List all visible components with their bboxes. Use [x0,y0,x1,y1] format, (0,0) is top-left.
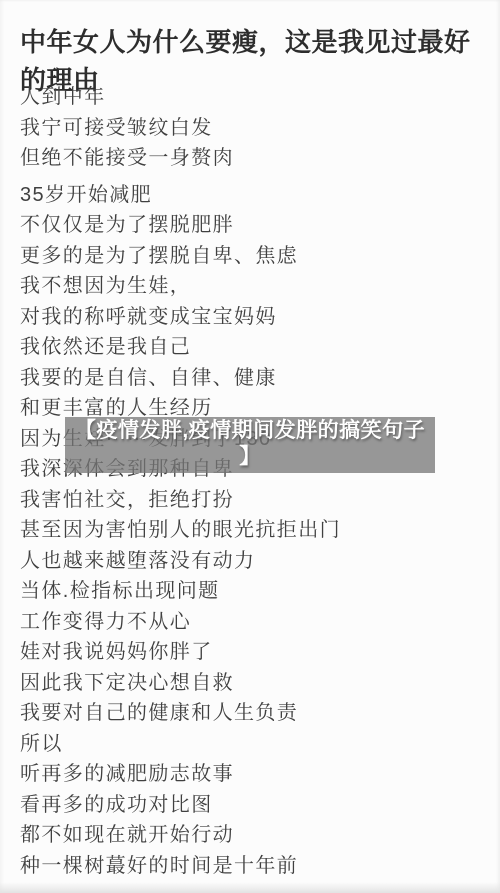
text-line: 我不想因为生娃， [20,271,490,302]
text-line: 听再多的减肥励志故事 [20,759,490,790]
text-line: 因此我下定决心想自救 [20,668,490,699]
text-line: 工作变得力不从心 [20,607,490,638]
text-line: 娃对我说妈妈你胖了 [20,637,490,668]
text-line: 所以 [20,729,490,760]
text-line: 我害怕社交，拒绝打扮 [20,485,490,516]
text-line: 当体.检指标出现问题 [20,576,490,607]
bottom-edge-shadow [0,882,500,893]
text-line: 我依然还是我自己 [20,332,490,363]
watermark-text-line1: 【疫情发胖,疫情期间发胖的搞笑句子 [65,417,435,444]
text-line: 我宁可接受皱纹白发 [20,113,490,144]
text-line: 我要对自己的健康和人生负责 [20,698,490,729]
text-line: 但绝不能接受一身赘肉 [20,143,490,174]
text-line: 35岁开始减肥 [20,180,490,211]
text-line: 不仅仅是为了摆脱肥胖 [20,210,490,241]
text-line: 种一棵树蕞好的时间是十年前 [20,851,490,882]
text-line: 甚至因为害怕别人的眼光抗拒出门 [20,515,490,546]
text-line: 对我的称呼就变成宝宝妈妈 [20,302,490,333]
text-line: 人到中年 [20,82,490,113]
watermark-text-line2: 】 [65,444,435,470]
text-line: 人也越来越堕落没有动力 [20,546,490,577]
article-page: 中年女人为什么要瘦，这是我见过最好的理由 人到中年 我宁可接受皱纹白发 但绝不能… [0,0,500,893]
article-body: 人到中年 我宁可接受皱纹白发 但绝不能接受一身赘肉 35岁开始减肥 不仅仅是为了… [20,82,490,881]
watermark-overlay: 【疫情发胖,疫情期间发胖的搞笑句子 】 [65,417,435,473]
text-line: 看再多的成功对比图 [20,790,490,821]
text-line: 我要的是自信、自律、健康 [20,363,490,394]
text-line: 都不如现在就开始行动 [20,820,490,851]
text-line: 更多的是为了摆脱自卑、焦虑 [20,241,490,272]
